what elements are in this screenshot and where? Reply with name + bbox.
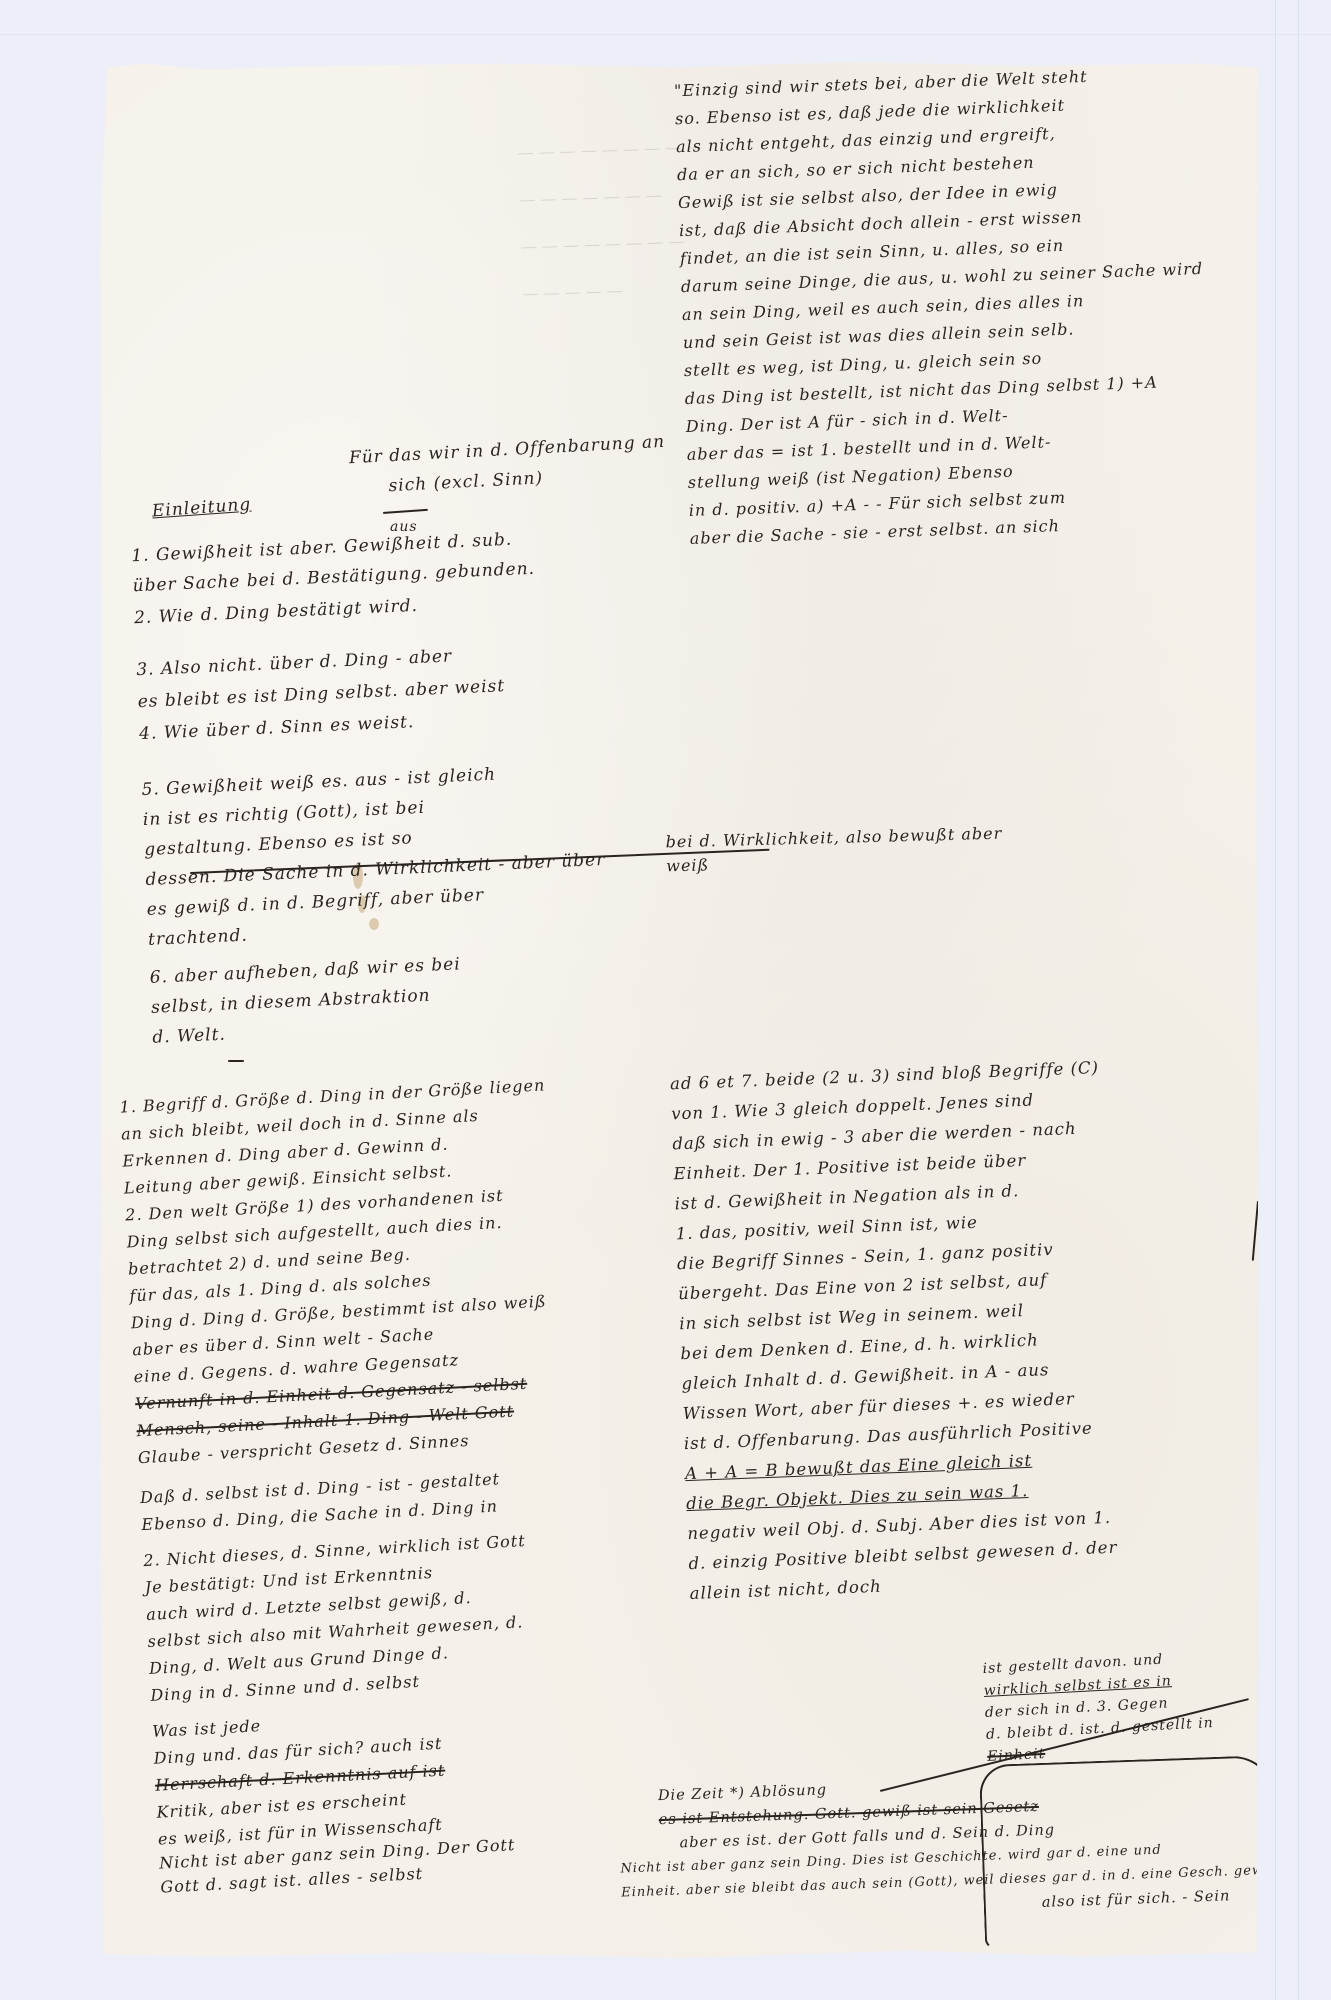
manuscript-page: — — — — — — — — — — — — — — — — — — — — … [100, 60, 1258, 1960]
top-right-text-block: "Einzig sind wir stets bei, aber die Wel… [674, 65, 1213, 559]
bottom-right-note: ist gestellt davon. und wirklich selbst … [982, 1650, 1215, 1772]
heading-underline [383, 509, 428, 514]
margin-note: bei d. Wirklichkeit, also bewußt aber we… [665, 826, 1003, 883]
section-heading: Für das wir in d. Offenbarung an sich (e… [349, 434, 668, 510]
margin-bracket [1252, 1201, 1259, 1261]
section-title-einleitung: Einleitung [152, 497, 252, 521]
scanner-backdrop-band [0, 34, 1331, 35]
scanner-backdrop-line [1275, 0, 1276, 2000]
lower-right-text-block: ad 6 et 7. beide (2 u. 3) sind bloß Begr… [670, 1060, 1120, 1616]
bottom-center-text-block: Die Zeit *) Ablösung es ist Entstehung. … [658, 1767, 1300, 1933]
insert-above: aus [390, 520, 418, 534]
left-numbered-list: 1. Gewißheit ist aber. Gewißheit d. sub.… [131, 528, 613, 1060]
lower-left-text-block: 1. Begriff d. Größe d. Ding in der Größe… [119, 1077, 587, 1903]
scanner-backdrop-line [1298, 0, 1299, 2000]
separator-dash [228, 1060, 244, 1062]
